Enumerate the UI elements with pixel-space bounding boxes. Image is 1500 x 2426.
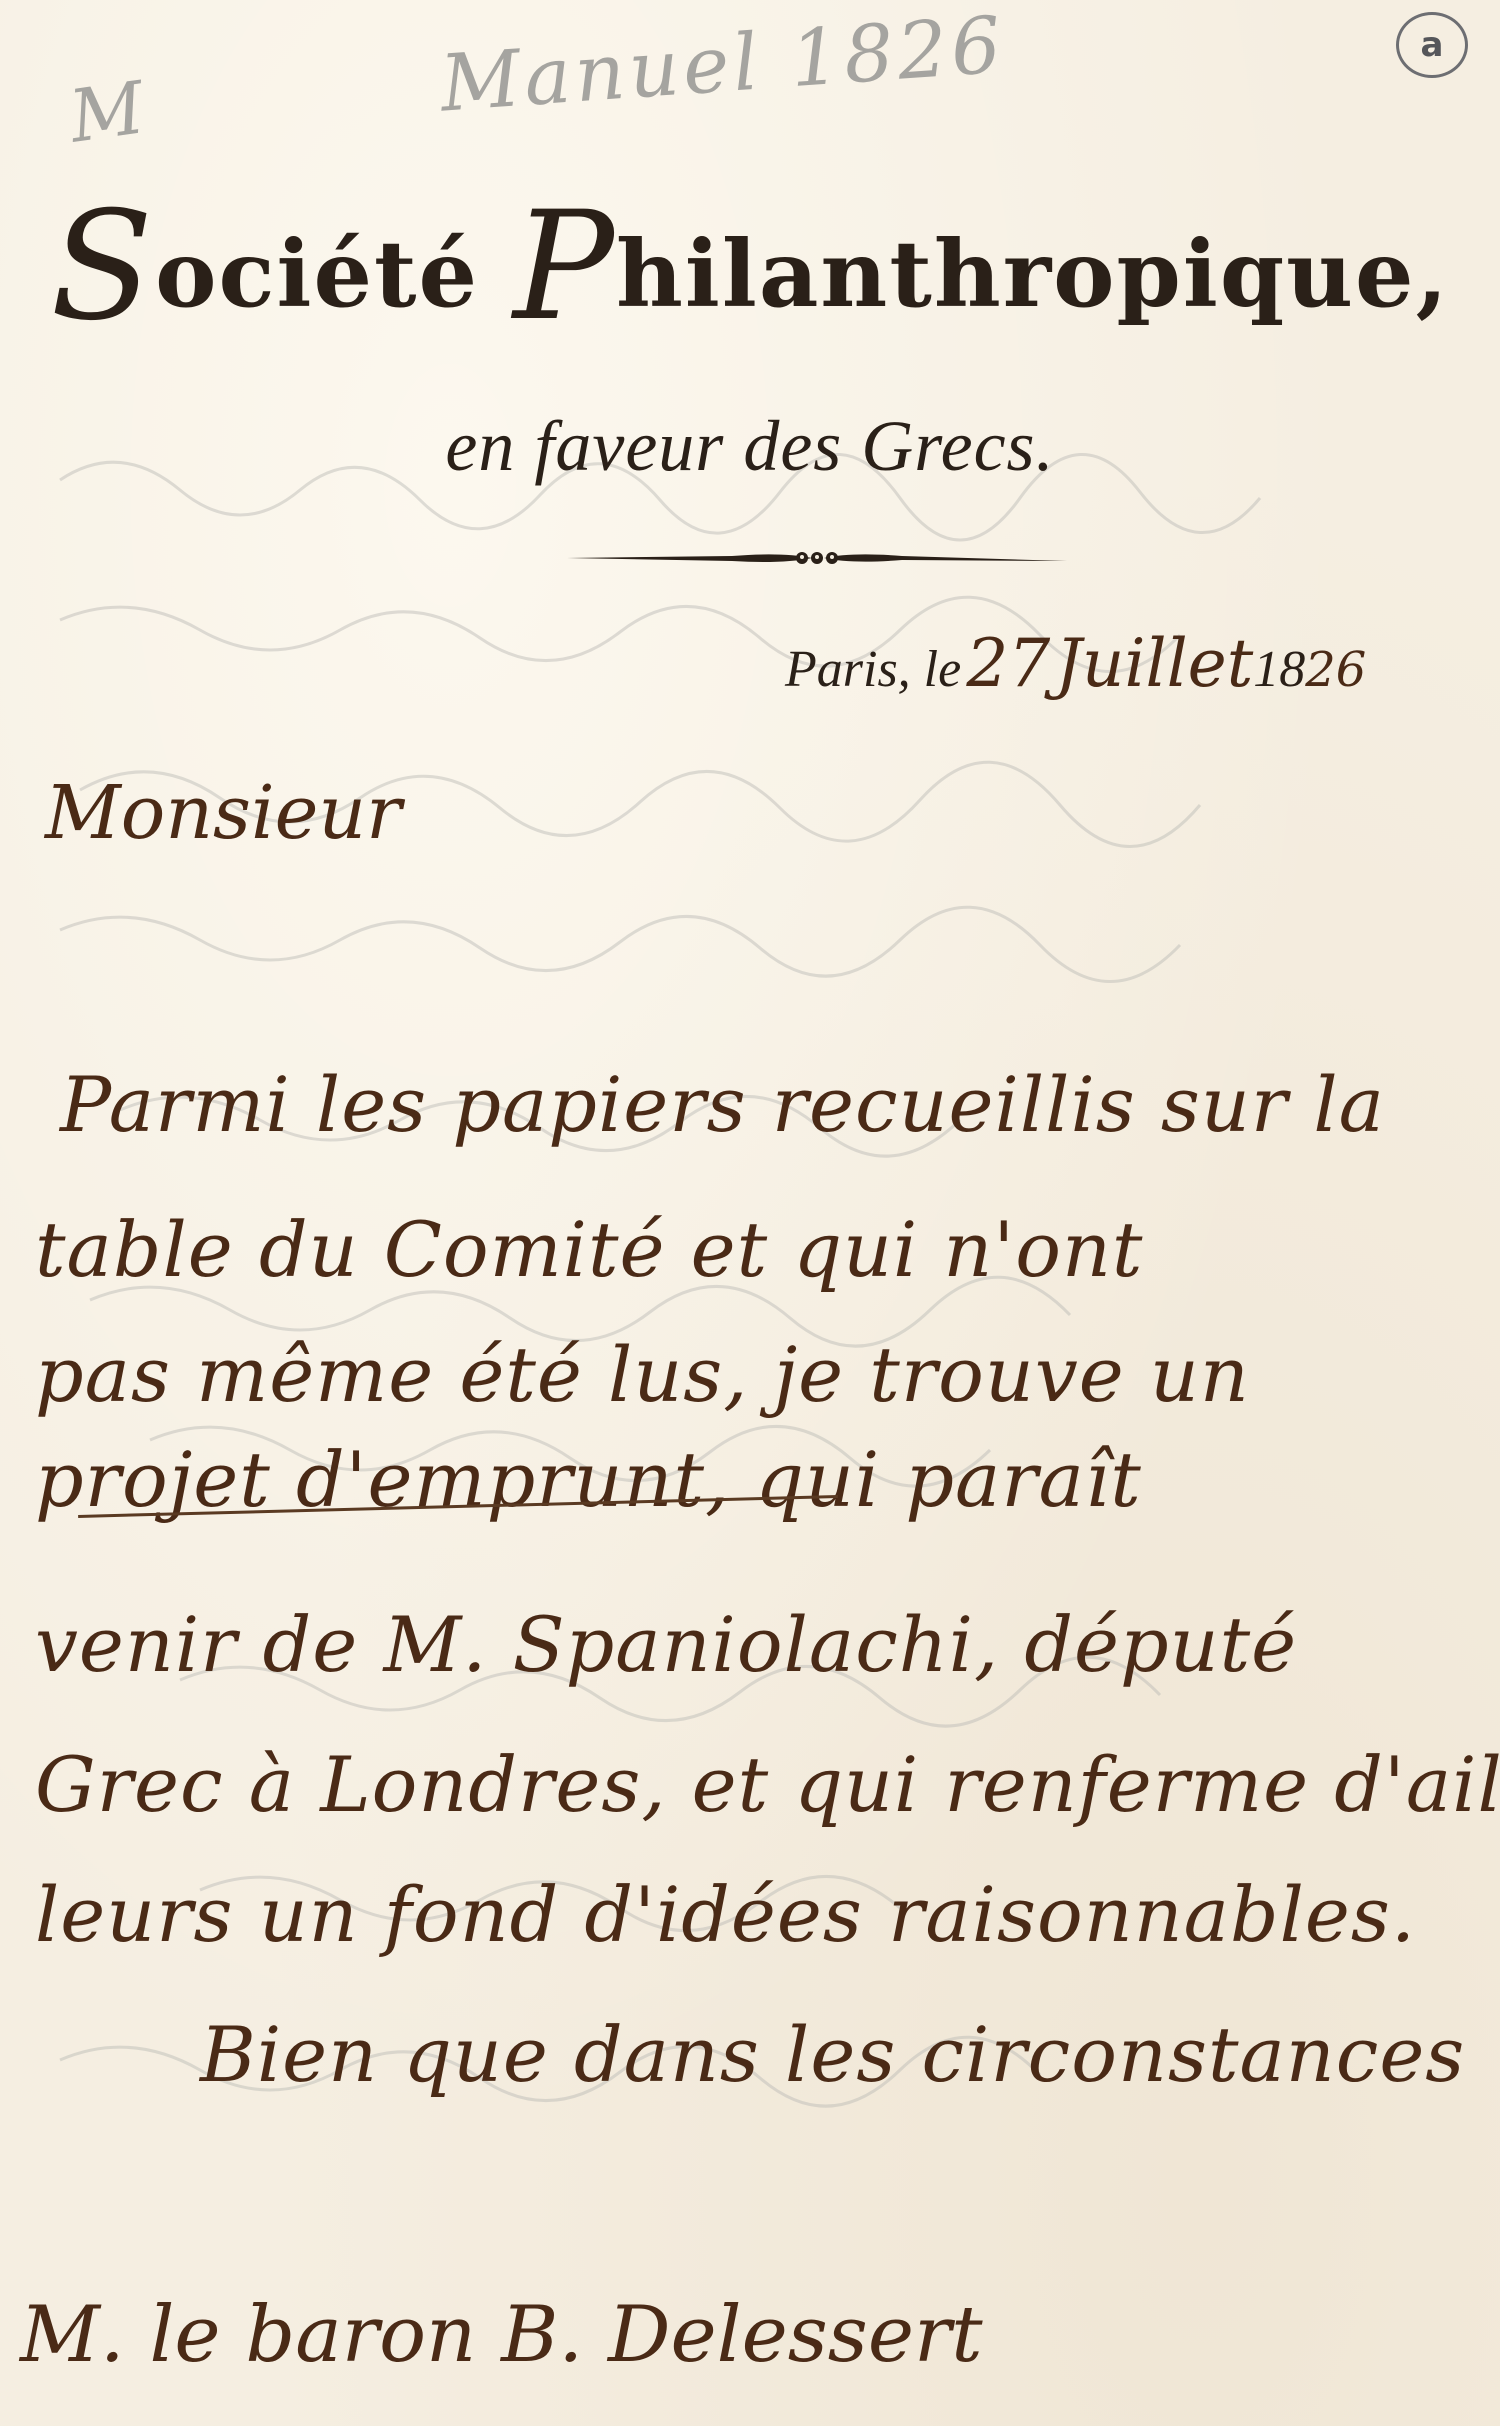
body-line-5: venir de M. Spaniolachi, député xyxy=(35,1600,1297,1689)
addressee: M. le baron B. Delessert xyxy=(20,2290,983,2380)
margin-pencil-mark: M xyxy=(65,65,150,158)
date-year-suffix: 26 xyxy=(1305,642,1366,698)
body-line-4: projet d'emprunt, qui paraît xyxy=(35,1435,1142,1524)
body-line-8: Bien que dans les circonstances xyxy=(200,2010,1465,2099)
letterhead-title: Société Philanthropique, xyxy=(0,180,1500,354)
reference-letter: a xyxy=(1421,25,1444,65)
body-line-2: table du Comité et qui n'ont xyxy=(35,1205,1143,1294)
ornamental-initial-p: P xyxy=(513,180,616,354)
salutation: Monsieur xyxy=(45,770,401,856)
reference-circle-mark: a xyxy=(1396,12,1468,78)
ornamental-divider-icon xyxy=(562,548,1072,568)
date-day: 27 xyxy=(966,625,1050,702)
letterhead-subtitle: en faveur des Grecs. xyxy=(0,405,1500,488)
body-line-3: pas même été lus, je trouve un xyxy=(35,1330,1250,1419)
dateline: Paris, le 27 Juillet1826 xyxy=(785,625,1366,702)
printed-place: Paris, le xyxy=(785,641,961,698)
printed-year-prefix: 18 xyxy=(1253,641,1305,698)
body-line-1: Parmi les papiers recueillis sur la xyxy=(60,1060,1385,1149)
body-line-7: leurs un fond d'idées raisonnables. xyxy=(35,1870,1416,1959)
date-month: Juillet xyxy=(1055,625,1253,702)
letter-page: Manuel 1826 M a Société Philanthropique,… xyxy=(0,0,1500,2426)
archive-pencil-note: Manuel 1826 xyxy=(438,0,1008,129)
body-line-6: Grec à Londres, et qui renferme d'ail- xyxy=(35,1740,1500,1829)
ornamental-initial-s: S xyxy=(50,180,155,354)
